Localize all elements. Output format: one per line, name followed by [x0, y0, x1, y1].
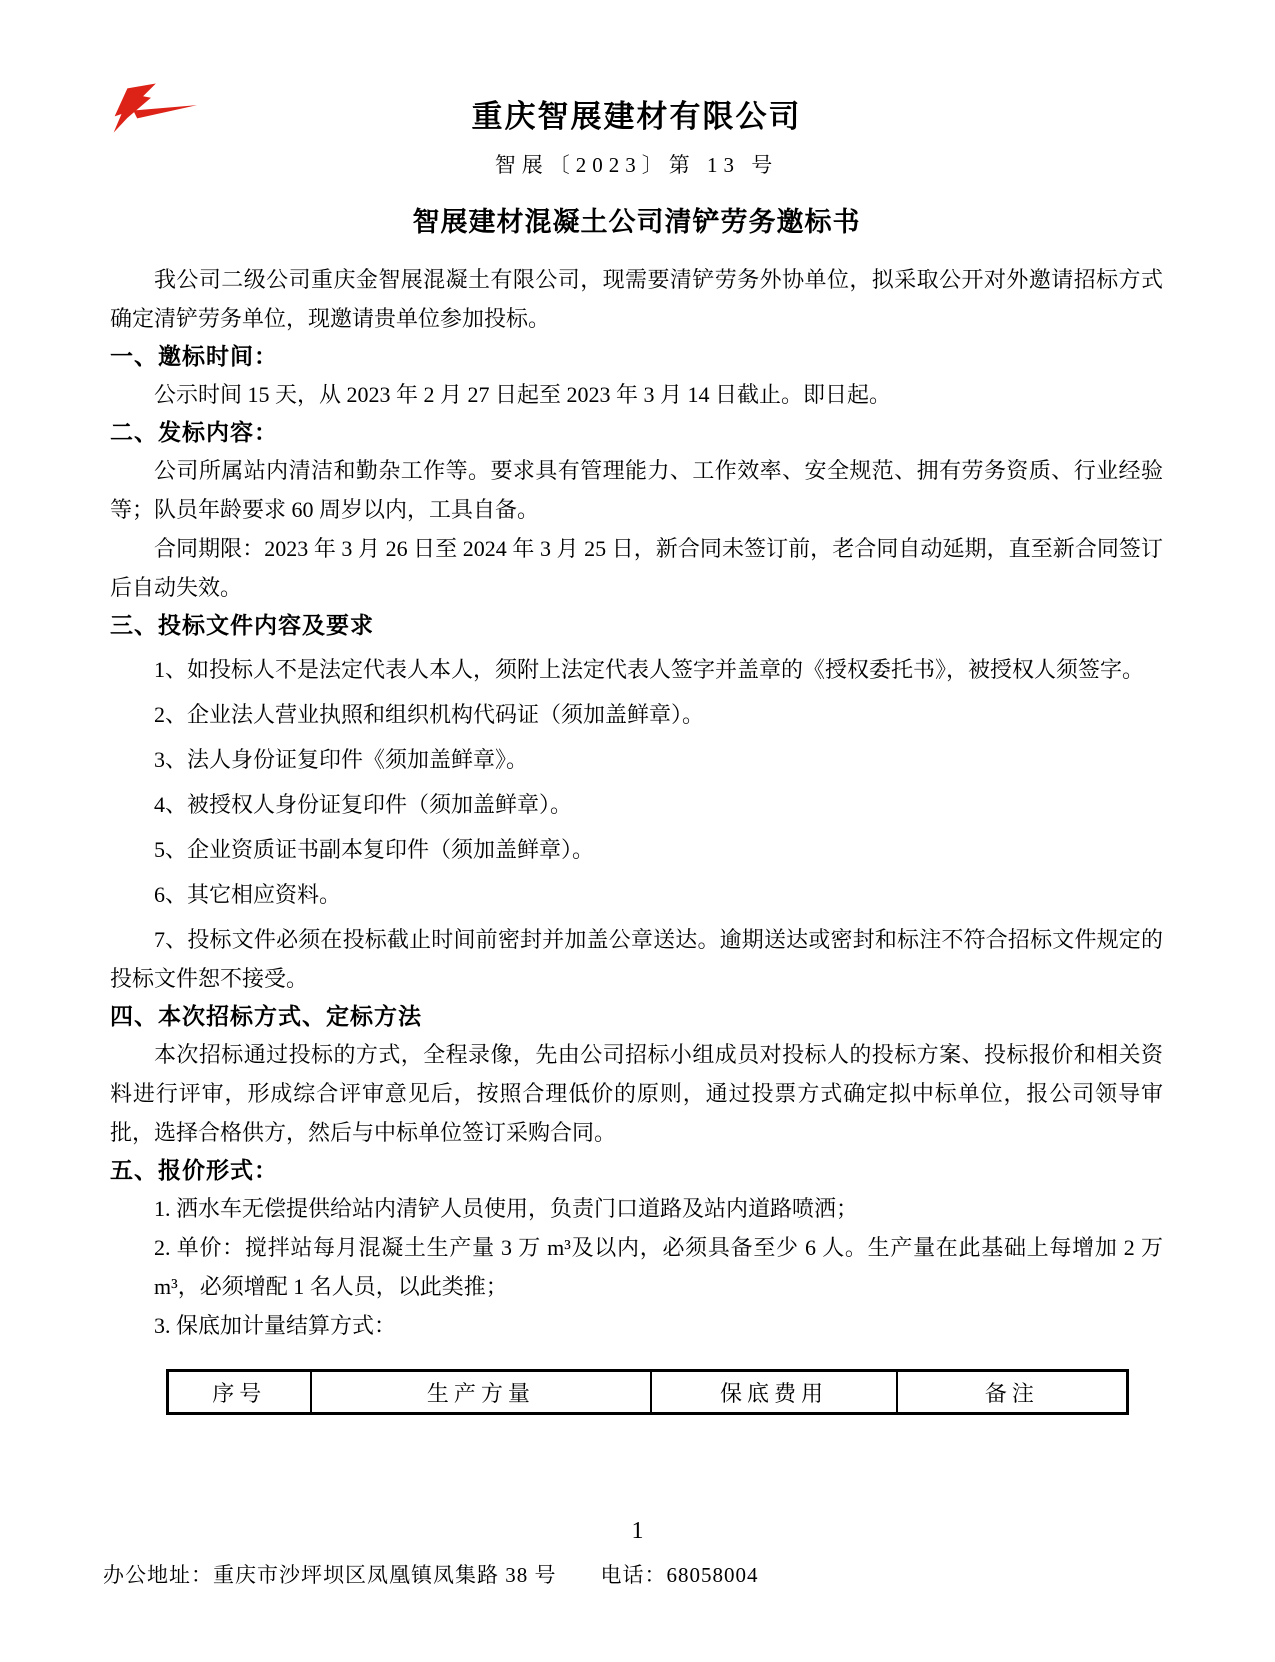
doc-number: 智展〔2023〕第 13 号: [110, 150, 1163, 180]
table-header-remarks: 备注: [897, 1371, 1128, 1414]
table-header-serial: 序号: [168, 1371, 311, 1414]
section-3-heading: 三、投标文件内容及要求: [110, 607, 1163, 644]
section-5-item-1: 1. 洒水车无偿提供给站内清铲人员使用，负责门口道路及站内道路喷洒；: [110, 1189, 1163, 1228]
section-4-paragraph: 本次招标通过投标的方式，全程录像，先由公司招标小组成员对投标人的投标方案、投标报…: [110, 1035, 1163, 1152]
section-2-paragraph-2: 合同期限：2023 年 3 月 26 日至 2024 年 3 月 25 日，新合…: [110, 529, 1163, 607]
section-1-heading: 一、邀标时间：: [110, 338, 1163, 375]
page-number: 1: [0, 1516, 1275, 1546]
section-5-item-3: 3. 保底加计量结算方式：: [110, 1306, 1163, 1345]
section-2-heading: 二、发标内容：: [110, 414, 1163, 451]
section-5-item-2: 2. 单价：搅拌站每月混凝土生产量 3 万 m³及以内，必须具备至少 6 人。生…: [110, 1228, 1163, 1306]
table-header-production-volume: 生产方量: [311, 1371, 652, 1414]
section-2-paragraph-1: 公司所属站内清洁和勤杂工作等。要求具有管理能力、工作效率、安全规范、拥有劳务资质…: [110, 451, 1163, 529]
intro-paragraph: 我公司二级公司重庆金智展混凝土有限公司，现需要清铲劳务外协单位，拟采取公开对外邀…: [110, 260, 1163, 338]
section-3-item-4: 4、被授权人身份证复印件（须加盖鲜章）。: [110, 785, 1163, 824]
section-4-heading: 四、本次招标方式、定标方法: [110, 998, 1163, 1035]
phone-number: 电话：68058004: [601, 1563, 759, 1587]
section-3-item-5: 5、企业资质证书副本复印件（须加盖鲜章）。: [110, 830, 1163, 869]
section-1-paragraph: 公示时间 15 天，从 2023 年 2 月 27 日起至 2023 年 3 月…: [110, 375, 1163, 414]
section-3-item-2: 2、企业法人营业执照和组织机构代码证（须加盖鲜章）。: [110, 695, 1163, 734]
document-title: 智展建材混凝土公司清铲劳务邀标书: [110, 204, 1163, 240]
section-3-item-7: 7、投标文件必须在投标截止时间前密封并加盖公章送达。逾期送达或密封和标注不符合招…: [110, 920, 1163, 998]
quote-table-header-row: 序号 生产方量 保底费用 备注: [168, 1371, 1128, 1414]
document-page: 重庆智展建材有限公司 智展〔2023〕第 13 号 智展建材混凝土公司清铲劳务邀…: [0, 0, 1275, 1662]
office-address: 办公地址：重庆市沙坪坝区凤凰镇凤集路 38 号: [103, 1563, 557, 1587]
quote-table: 序号 生产方量 保底费用 备注: [166, 1369, 1129, 1415]
company-name: 重庆智展建材有限公司: [110, 98, 1163, 136]
page-footer: 办公地址：重庆市沙坪坝区凤凰镇凤集路 38 号电话：68058004: [103, 1560, 759, 1590]
section-3-item-6: 6、其它相应资料。: [110, 875, 1163, 914]
section-3-item-3: 3、法人身份证复印件《须加盖鲜章》。: [110, 740, 1163, 779]
section-5-heading: 五、报价形式：: [110, 1152, 1163, 1189]
company-z-logo-icon: [94, 80, 202, 142]
table-header-minimum-fee: 保底费用: [651, 1371, 896, 1414]
section-3-item-1: 1、如投标人不是法定代表人本人，须附上法定代表人签字并盖章的《授权委托书》，被授…: [110, 650, 1163, 689]
